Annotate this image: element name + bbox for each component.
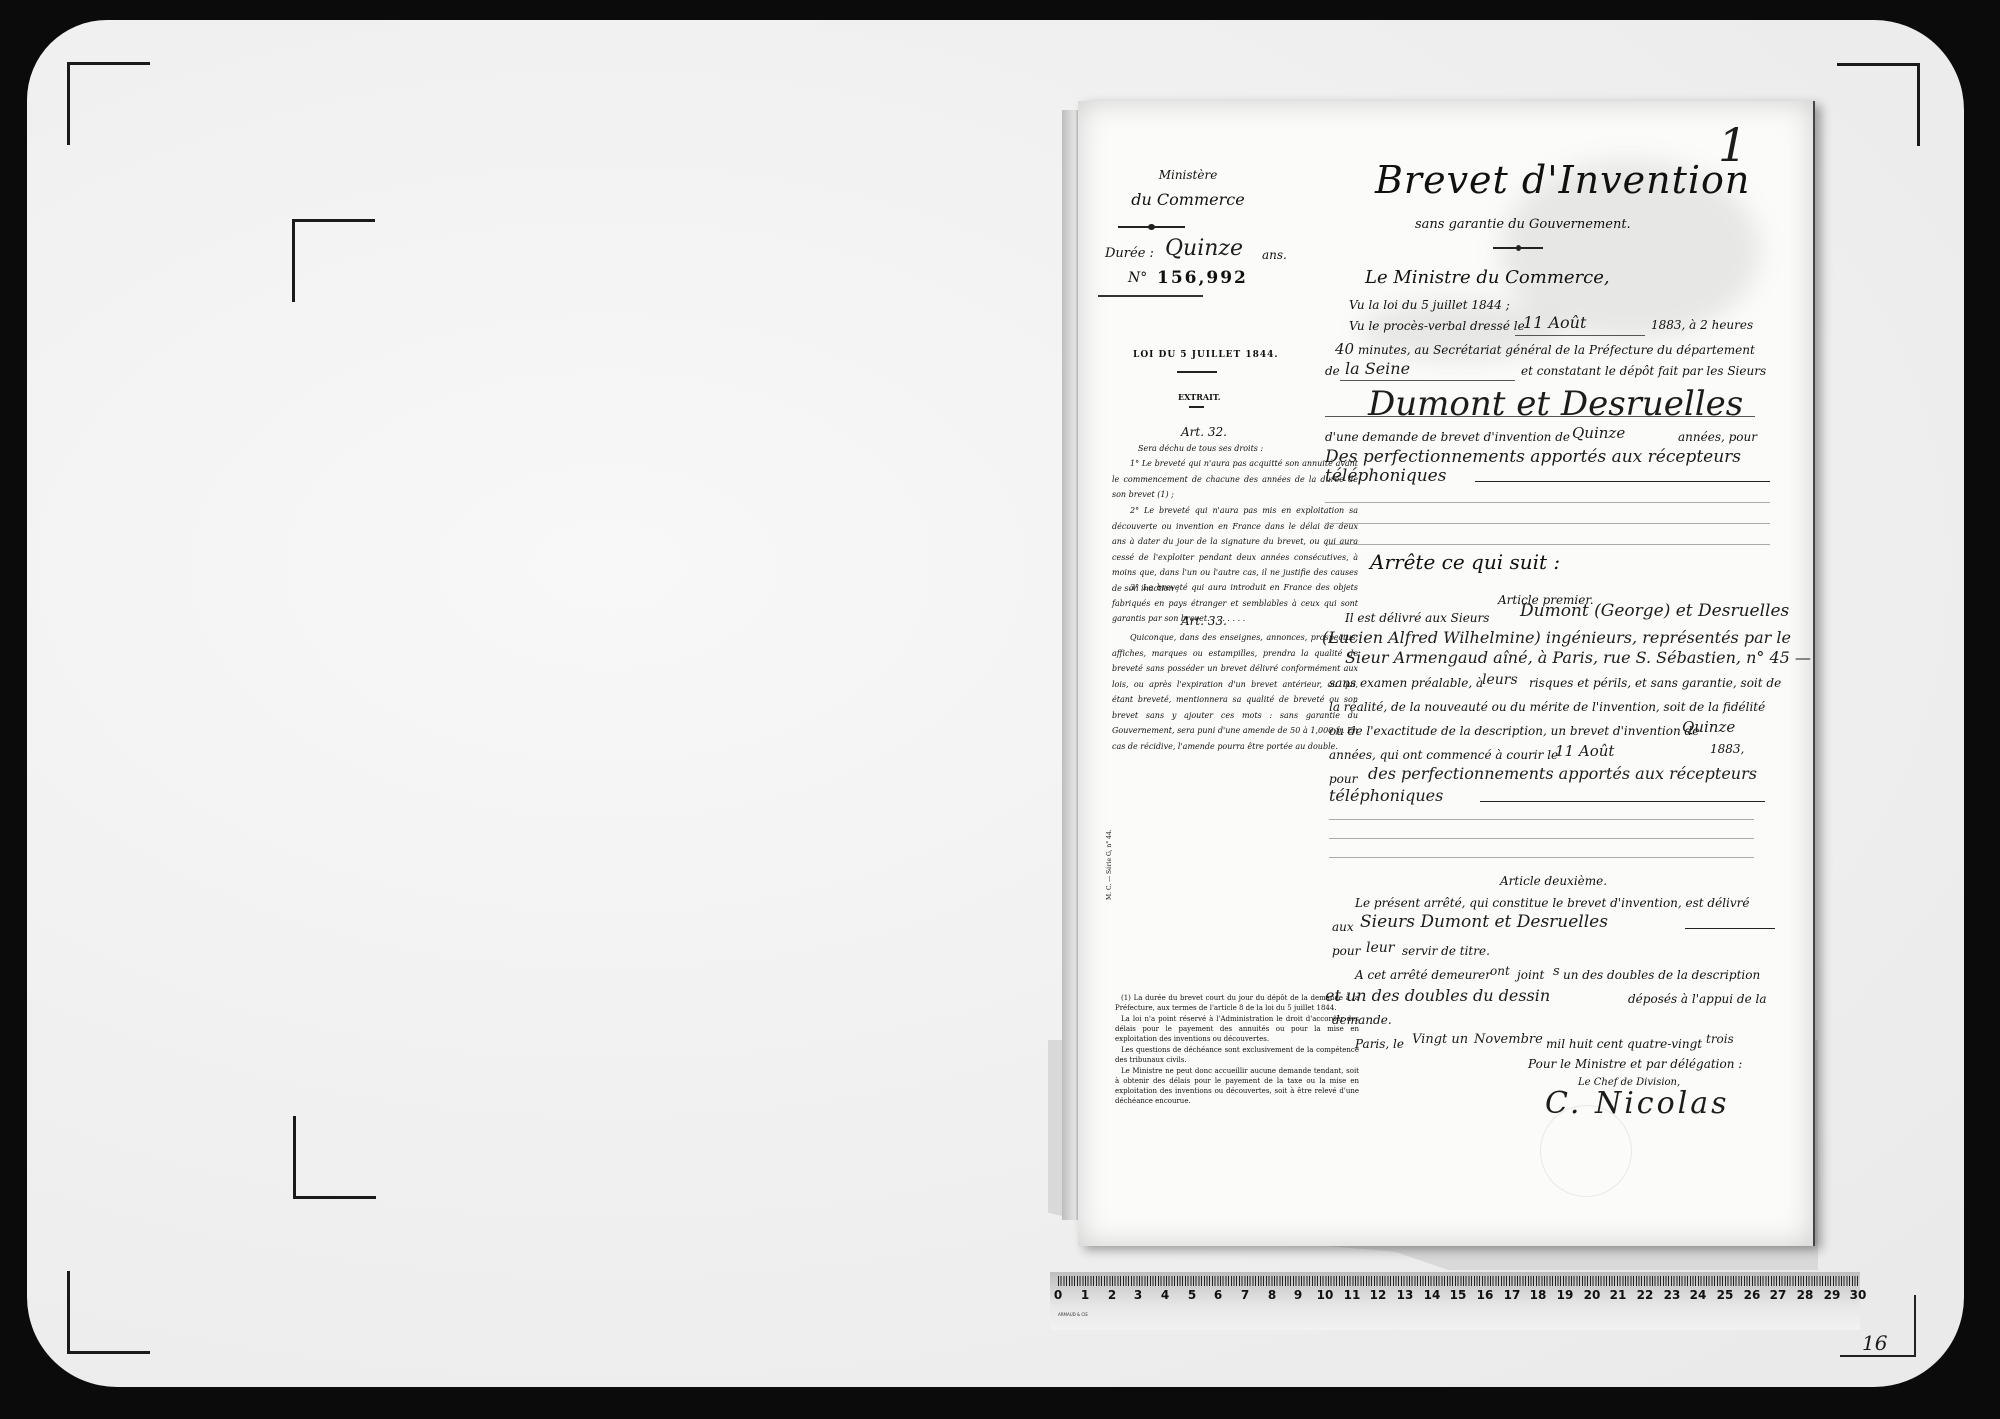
ruler-label: 20 xyxy=(1584,1288,1601,1302)
article-2-line-5b: déposés à l'appui de la xyxy=(1628,992,1767,1006)
ministry-label: Ministère xyxy=(1133,168,1243,182)
grantees-line-2: (Lucien Alfred Wilhelmine) ingénieurs, r… xyxy=(1322,628,1791,647)
fill-line xyxy=(1515,335,1645,336)
ruler-label: 22 xyxy=(1637,1288,1654,1302)
pv-date: 11 Août xyxy=(1523,313,1586,332)
ruler-ticks xyxy=(1058,1276,1858,1286)
article-1-line-4b: risques et périls, et sans garantie, soi… xyxy=(1529,676,1781,690)
date-prefix: Paris, le xyxy=(1355,1037,1404,1051)
divider xyxy=(1177,371,1217,373)
fill-line xyxy=(1685,928,1775,929)
document-title: Brevet d'Invention xyxy=(1375,158,1750,202)
article-2-line-3-hand: leur xyxy=(1366,940,1394,956)
ruler-label: 0 xyxy=(1054,1288,1062,1302)
article-2-holders: Sieurs Dumont et Desruelles xyxy=(1360,912,1608,932)
footnote-4: Le Ministre ne peut donc accueillir aucu… xyxy=(1115,1066,1359,1106)
applicants-name: Dumont et Desruelles xyxy=(1368,384,1743,424)
fill-line xyxy=(1480,801,1765,802)
article-1-invention-line-1: des perfectionnements apportés aux récep… xyxy=(1368,764,1757,783)
article-2-drawing-line: et un des doubles du dessin xyxy=(1325,986,1550,1005)
ornament-divider xyxy=(1118,226,1185,228)
art32-paragraph-3: 3° Le breveté qui aura introduit en Fran… xyxy=(1112,580,1358,627)
ruler-label: 18 xyxy=(1530,1288,1547,1302)
ruler-label: 10 xyxy=(1317,1288,1334,1302)
line-prefecture: minutes, au Secrétariat général de la Pr… xyxy=(1358,343,1755,357)
article-2-line-4-hand-1: ont xyxy=(1490,964,1510,978)
ministry-name: du Commerce xyxy=(1113,190,1263,209)
article-1-line-4a: sans examen préalable, à xyxy=(1329,676,1483,690)
article-2-line-6: demande. xyxy=(1332,1013,1392,1027)
article-1-line-8: pour xyxy=(1329,772,1357,786)
invention-title-line-1: Des perfectionnements apportés aux récep… xyxy=(1325,447,1741,467)
divider xyxy=(1098,295,1203,297)
duration-value: Quinze xyxy=(1165,236,1243,261)
ruler-label: 11 xyxy=(1344,1288,1361,1302)
duration-label: Durée : xyxy=(1105,246,1154,261)
article-1-line-4-hand: leurs xyxy=(1482,672,1518,688)
ruler-label: 16 xyxy=(1477,1288,1494,1302)
article-2-line-4b: joint xyxy=(1517,968,1544,982)
sheet-number: 16 xyxy=(1862,1331,1887,1355)
ruler-label: 29 xyxy=(1824,1288,1841,1302)
invention-title-line-2: téléphoniques xyxy=(1325,466,1446,486)
article-2-line-3a: pour xyxy=(1332,944,1360,958)
patent-number: 156,992 xyxy=(1157,268,1248,288)
crop-mark-top-left xyxy=(67,62,150,145)
crop-mark-top-right xyxy=(1837,63,1920,146)
ruler-label: 3 xyxy=(1134,1288,1142,1302)
article-1-start-year: 1883, xyxy=(1710,742,1744,756)
minister-heading: Le Ministre du Commerce, xyxy=(1365,267,1610,288)
ruler-label: 2 xyxy=(1108,1288,1116,1302)
number-label: N° xyxy=(1128,270,1147,286)
art33-text: Quiconque, dans des enseignes, annonces,… xyxy=(1112,630,1358,754)
date-day: Vingt un xyxy=(1412,1032,1468,1047)
extract-label: EXTRAIT. xyxy=(1178,392,1221,402)
line-law: Vu la loi du 5 juillet 1844 ; xyxy=(1349,298,1510,312)
print-series-mark: M. C. — Série G, n° 44. xyxy=(1106,829,1113,900)
article-2-line-3b: servir de titre. xyxy=(1402,944,1490,958)
line-pv: Vu le procès-verbal dressé le xyxy=(1349,319,1525,333)
article-2-line-4-hand-2: s xyxy=(1553,964,1560,979)
ruler-label: 23 xyxy=(1664,1288,1681,1302)
department-value: la Seine xyxy=(1345,359,1410,378)
crop-mark-inner-bottom-left xyxy=(293,1116,376,1199)
crop-mark-bottom-left xyxy=(67,1271,150,1354)
line-request-end: années, pour xyxy=(1678,430,1757,444)
ruler-label: 19 xyxy=(1557,1288,1574,1302)
article-1-duration: Quinze xyxy=(1682,718,1735,736)
ruler-maker-mark: ARMAUD & CIE xyxy=(1058,1312,1088,1317)
ruler-label: 27 xyxy=(1770,1288,1787,1302)
ruler-label: 25 xyxy=(1717,1288,1734,1302)
arrete-heading: Arrête ce qui suit : xyxy=(1370,550,1560,574)
article-2-line-4a: A cet arrêté demeurer xyxy=(1355,968,1491,982)
footnote-1: (1) La durée du brevet court du jour du … xyxy=(1115,993,1359,1013)
crop-mark-bottom-right-horizontal xyxy=(1840,1355,1916,1357)
measurement-ruler: 0 1 2 3 4 5 6 7 8 9 10 11 12 13 14 15 16… xyxy=(1050,1272,1860,1330)
article-1-line-7: années, qui ont commencé à courir le xyxy=(1329,748,1558,762)
fill-line xyxy=(1475,481,1770,482)
crop-mark-inner-top-left xyxy=(292,219,375,302)
footnote-2: La loi n'a point réservé à l'Administrat… xyxy=(1115,1014,1359,1044)
ruler-label: 9 xyxy=(1294,1288,1302,1302)
delegation-line: Pour le Ministre et par délégation : xyxy=(1528,1057,1742,1071)
ruler-label: 1 xyxy=(1081,1288,1089,1302)
line-request: d'une demande de brevet d'invention de xyxy=(1325,430,1570,444)
ruler-label: 4 xyxy=(1161,1288,1169,1302)
footnote-3: Les questions de déchéance sont exclusiv… xyxy=(1115,1045,1359,1065)
article-2-line-4c: un des doubles de la description xyxy=(1563,968,1760,982)
blank-line xyxy=(1329,857,1754,858)
ruler-label: 24 xyxy=(1690,1288,1707,1302)
ruler-label: 12 xyxy=(1370,1288,1387,1302)
crop-mark-bottom-right-vertical xyxy=(1914,1295,1916,1355)
ruler-label: 14 xyxy=(1424,1288,1441,1302)
ruler-label: 13 xyxy=(1397,1288,1414,1302)
article-2-line-1: Le présent arrêté, qui constitue le brev… xyxy=(1355,896,1750,910)
article-1-line-5: la réalité, de la nouveauté ou du mérite… xyxy=(1329,700,1765,714)
blank-line xyxy=(1325,502,1770,503)
ruler-label: 28 xyxy=(1797,1288,1814,1302)
ornament-divider xyxy=(1493,247,1543,249)
ruler-label: 6 xyxy=(1214,1288,1222,1302)
duration-unit: ans. xyxy=(1262,248,1287,262)
line-deposit: et constatant le dépôt fait par les Sieu… xyxy=(1521,364,1766,378)
request-years: Quinze xyxy=(1572,424,1625,442)
article-1-invention-line-2: téléphoniques xyxy=(1329,786,1443,805)
article-2-line-2a: aux xyxy=(1332,920,1354,934)
dept-prefix: de xyxy=(1325,364,1340,378)
embossed-seal xyxy=(1540,1105,1632,1197)
ruler-label: 17 xyxy=(1504,1288,1521,1302)
ruler-label: 30 xyxy=(1850,1288,1867,1302)
grantees-line-3: Sieur Armengaud aîné, à Paris, rue S. Sé… xyxy=(1345,648,1811,667)
pv-minutes: 40 xyxy=(1335,340,1354,358)
ruler-label: 21 xyxy=(1610,1288,1627,1302)
blank-line xyxy=(1329,838,1754,839)
ruler-label: 7 xyxy=(1241,1288,1249,1302)
date-month: Novembre xyxy=(1474,1032,1543,1047)
article-2-title: Article deuxième. xyxy=(1500,874,1607,888)
art33-title: Art. 33. xyxy=(1181,614,1227,628)
pv-year-time: 1883, à 2 heures xyxy=(1651,318,1753,332)
art32-title: Art. 32. xyxy=(1181,425,1227,439)
ruler-label: 8 xyxy=(1268,1288,1276,1302)
ruler-label: 15 xyxy=(1450,1288,1467,1302)
blank-line xyxy=(1325,544,1770,545)
document-subtitle: sans garantie du Gouvernement. xyxy=(1415,217,1631,232)
blank-line xyxy=(1325,523,1770,524)
ruler-label: 26 xyxy=(1744,1288,1761,1302)
date-year-hand: trois xyxy=(1706,1032,1734,1046)
fill-line xyxy=(1325,416,1755,417)
divider xyxy=(1189,406,1204,408)
art32-paragraph-1: 1° Le breveté qui n'aura pas acquitté so… xyxy=(1112,456,1358,503)
fill-line xyxy=(1340,380,1515,381)
ruler-label: 5 xyxy=(1188,1288,1196,1302)
article-1-line-6: ou de l'exactitude de la description, un… xyxy=(1329,724,1699,738)
date-year-text: mil huit cent quatre-vingt xyxy=(1546,1037,1702,1051)
blank-line xyxy=(1329,819,1754,820)
article-1-line-1: Il est délivré aux Sieurs xyxy=(1345,611,1489,625)
grantees-line-1: Dumont (George) et Desruelles xyxy=(1520,601,1789,621)
law-title: LOI DU 5 JUILLET 1844. xyxy=(1133,350,1279,360)
article-1-start-date: 11 Août xyxy=(1555,742,1614,760)
